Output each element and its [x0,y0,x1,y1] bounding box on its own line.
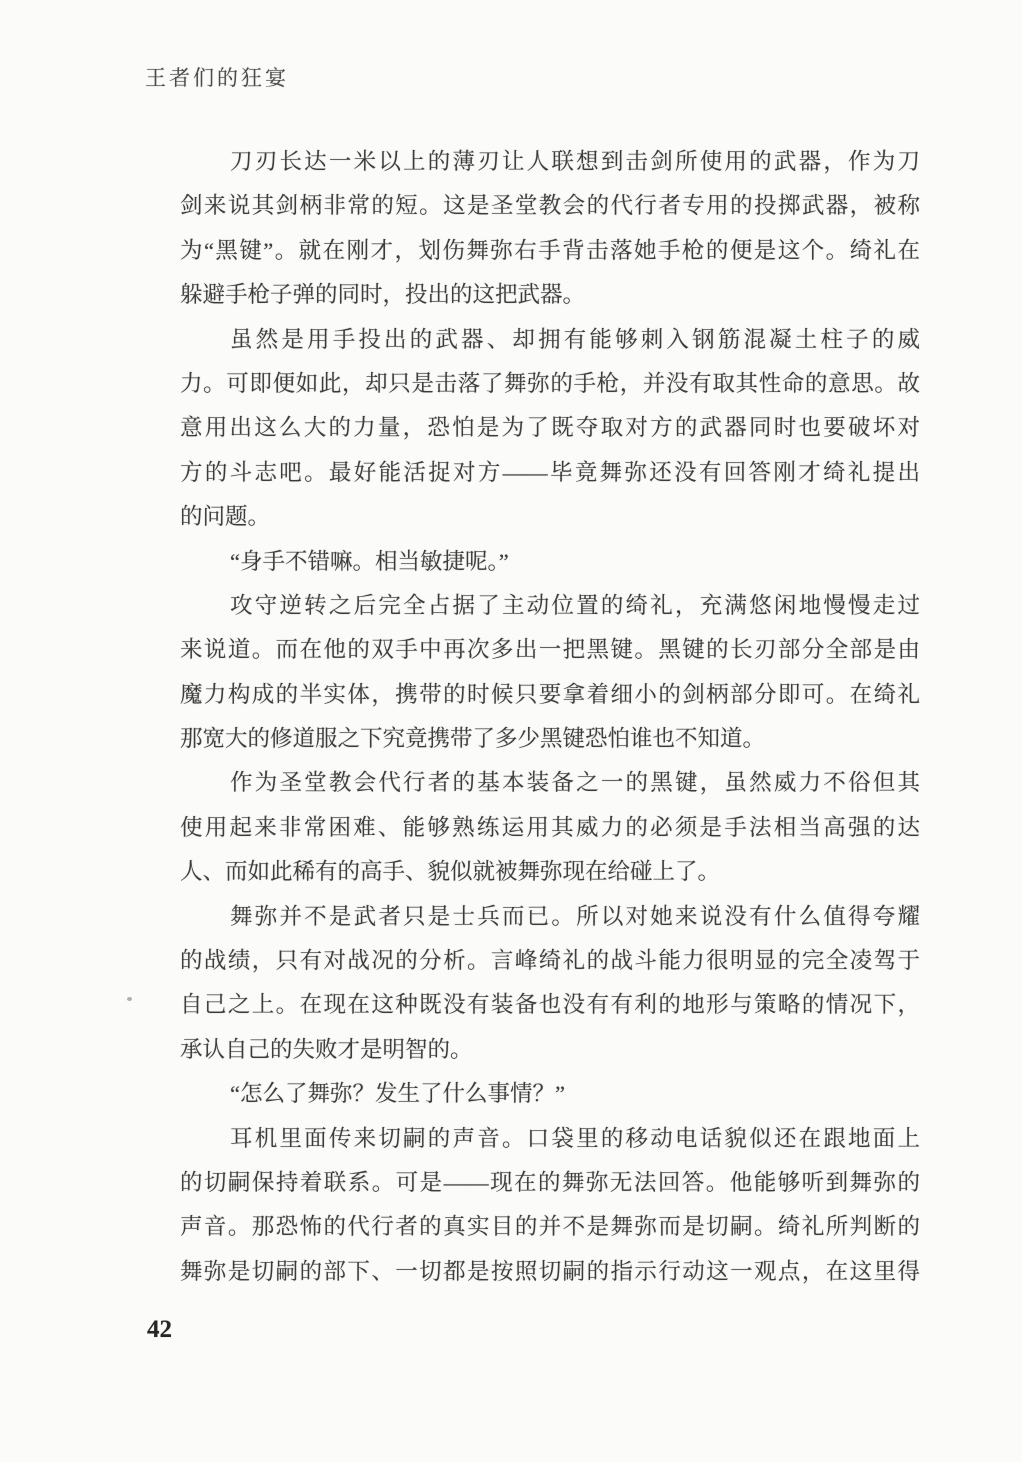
paragraph: 虽然是用手投出的武器、却拥有能够刺入钢筋混凝土柱子的威 力。可即便如此，却只是击… [180,318,920,540]
text-line: 攻守逆转之后完全占据了主动位置的绮礼，充满悠闲地慢慢走过 [180,584,920,628]
text-line: 人、而如此稀有的高手、貌似就被舞弥现在给碰上了。 [180,850,920,894]
page-number: 42 [147,1316,172,1344]
text-line: 为“黑键”。就在刚才，划伤舞弥右手背击落她手枪的便是这个。绮礼在 [180,229,920,273]
text-line: 承认自己的失败才是明智的。 [180,1028,920,1072]
text-line: 声音。那恐怖的代行者的真实目的并不是舞弥而是切嗣。绮礼所判断的 [180,1205,920,1249]
text-line: 剑来说其剑柄非常的短。这是圣堂教会的代行者专用的投掷武器，被称 [180,184,920,228]
text-line: 力。可即便如此，却只是击落了舞弥的手枪，并没有取其性命的意思。故 [180,362,920,406]
paragraph: 作为圣堂教会代行者的基本装备之一的黑键，虽然威力不俗但其 使用起来非常困难、能够… [180,761,920,894]
text-line: 刀刃长达一米以上的薄刃让人联想到击剑所使用的武器，作为刀 [180,140,920,184]
text-line: 方的斗志吧。最好能活捉对方——毕竟舞弥还没有回答刚才绮礼提出 [180,451,920,495]
text-line: 的问题。 [180,495,920,539]
text-line: 作为圣堂教会代行者的基本装备之一的黑键，虽然威力不俗但其 [180,761,920,805]
text-line: 意用出这么大的力量，恐怕是为了既夺取对方的武器同时也要破坏对 [180,406,920,450]
paragraph: 刀刃长达一米以上的薄刃让人联想到击剑所使用的武器，作为刀 剑来说其剑柄非常的短。… [180,140,920,318]
paragraph-dialogue: “怎么了舞弥？发生了什么事情？” [180,1072,920,1116]
paragraph: 攻守逆转之后完全占据了主动位置的绮礼，充满悠闲地慢慢走过 来说道。而在他的双手中… [180,584,920,762]
text-line: 舞弥并不是武者只是士兵而已。所以对她来说没有什么值得夸耀 [180,895,920,939]
text-line: 来说道。而在他的双手中再次多出一把黑键。黑键的长刃部分全部是由 [180,628,920,672]
body-text: 刀刃长达一米以上的薄刃让人联想到击剑所使用的武器，作为刀 剑来说其剑柄非常的短。… [180,140,920,1294]
text-line: 那宽大的修道服之下究竟携带了多少黑键恐怕谁也不知道。 [180,717,920,761]
text-line: 躲避手枪子弹的同时，投出的这把武器。 [180,273,920,317]
scanned-page: 王者们的狂宴 刀刃长达一米以上的薄刃让人联想到击剑所使用的武器，作为刀 剑来说其… [0,0,1022,1462]
text-line: 使用起来非常困难、能够熟练运用其威力的必须是手法相当高强的达 [180,806,920,850]
paragraph: 舞弥并不是武者只是士兵而已。所以对她来说没有什么值得夸耀 的战绩，只有对战况的分… [180,895,920,1073]
text-line: 魔力构成的半实体，携带的时候只要拿着细小的剑柄部分即可。在绮礼 [180,673,920,717]
paragraph-dialogue: “身手不错嘛。相当敏捷呢。” [180,540,920,584]
text-line: 舞弥是切嗣的部下、一切都是按照切嗣的指示行动这一观点，在这里得 [180,1250,920,1294]
text-line: “身手不错嘛。相当敏捷呢。” [180,540,920,584]
text-line: 的战绩，只有对战况的分析。言峰绮礼的战斗能力很明显的完全凌驾于 [180,939,920,983]
text-line: 的切嗣保持着联系。可是——现在的舞弥无法回答。他能够听到舞弥的 [180,1161,920,1205]
text-line: 虽然是用手投出的武器、却拥有能够刺入钢筋混凝土柱子的威 [180,318,920,362]
text-line: 耳机里面传来切嗣的声音。口袋里的移动电话貌似还在跟地面上 [180,1117,920,1161]
text-line: 自己之上。在现在这种既没有装备也没有有利的地形与策略的情况下， [180,983,920,1027]
text-line: “怎么了舞弥？发生了什么事情？” [180,1072,920,1116]
scan-speck [127,997,132,1001]
running-header: 王者们的狂宴 [145,62,289,92]
paragraph: 耳机里面传来切嗣的声音。口袋里的移动电话貌似还在跟地面上 的切嗣保持着联系。可是… [180,1117,920,1295]
